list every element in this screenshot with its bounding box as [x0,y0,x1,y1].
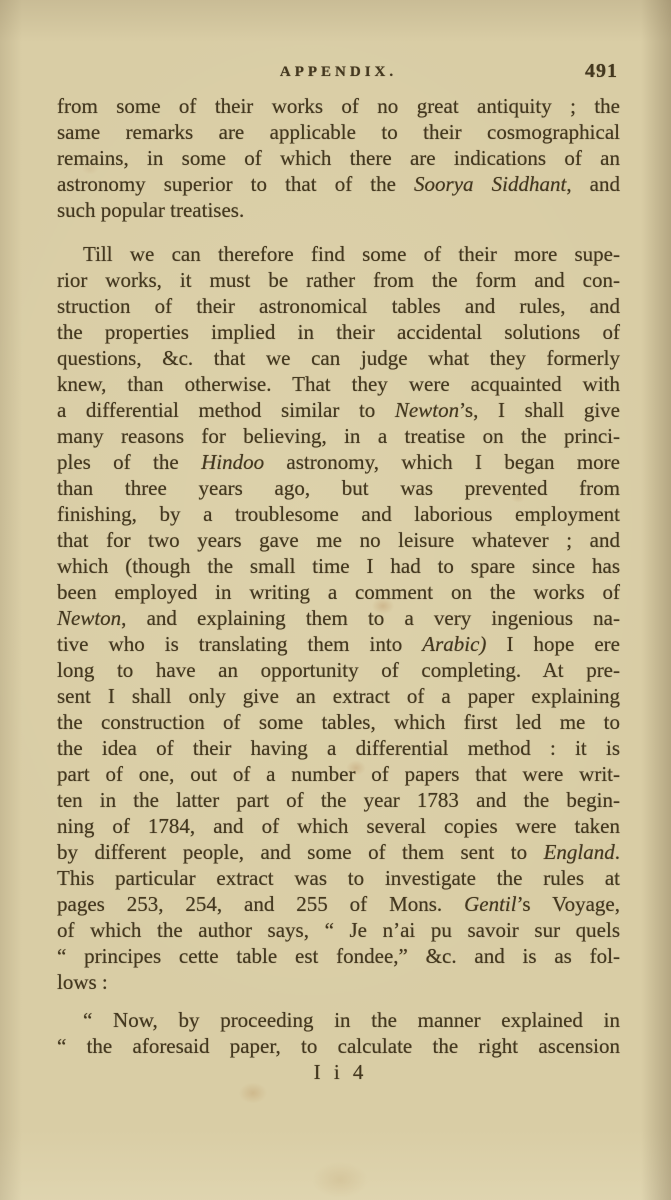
page-header: 491 APPENDIX. [57,60,620,86]
text-line: rior works, it must be rather from the f… [57,267,620,293]
text-line: which (though the small time I had to sp… [57,553,620,579]
text-segment: part of one, out of a number of papers t… [57,762,620,786]
italic-text-segment: Gentil [464,892,517,916]
text-line: same remarks are applicable to their cos… [57,119,620,145]
text-line: finishing, by a troublesome and laboriou… [57,501,620,527]
text-line: questions, &c. that we can judge what th… [57,345,620,371]
text-segment: Till we can therefore find some of their… [83,242,620,266]
text-segment: ’s Voyage, [517,892,620,916]
text-line: by different people, and some of them se… [57,839,620,865]
text-segment: that for two years gave me no leisure wh… [57,528,620,552]
text-line: remains, in some of which there are indi… [57,145,620,171]
text-line: the properties implied in their accident… [57,319,620,345]
text-segment: questions, &c. that we can judge what th… [57,346,620,370]
italic-text-segment: Arabic) [422,632,486,656]
text-segment: lows : [57,970,108,994]
text-segment: I hope ere [486,632,620,656]
text-segment: long to have an opportunity of completin… [57,658,620,682]
text-segment: a differential method similar to [57,398,395,422]
text-segment: same remarks are applicable to their cos… [57,120,620,144]
text-line: ten in the latter part of the year 1783 … [57,787,620,813]
text-segment: of which the author says, “ Je n’ai pu s… [57,918,620,942]
text-segment: . [615,840,620,864]
text-segment: astronomy superior to that of the [57,172,414,196]
text-line: the construction of some tables, which f… [57,709,620,735]
text-segment: than three years ago, but was prevented … [57,476,620,500]
text-line: Newton, and explaining them to a very in… [57,605,620,631]
text-line: many reasons for believing, in a treatis… [57,423,620,449]
text-line: “ principes cette table est fondee,” &c.… [57,943,620,969]
text-segment: This particular extract was to investiga… [57,866,620,890]
text-segment: ples of the [57,450,201,474]
italic-text-segment: England [544,840,615,864]
signature-mark: I i 4 [57,1060,620,1085]
text-segment: the properties implied in their accident… [57,320,620,344]
text-segment: , and explaining them to a very ingeniou… [121,606,620,630]
text-line: from some of their works of no great ant… [57,93,620,119]
paragraph: “ Now, by proceeding in the manner expla… [57,1007,620,1059]
text-segment: ’s, I shall give [459,398,620,422]
italic-text-segment: Hindoo [201,450,264,474]
page-number: 491 [585,60,618,83]
text-segment: “ principes cette table est fondee,” &c.… [57,944,620,968]
text-segment: tive who is translating them into [57,632,422,656]
text-segment: ning of 1784, and of which several copie… [57,814,620,838]
text-line: astronomy superior to that of the Soorya… [57,171,620,197]
italic-text-segment: Newton [395,398,459,422]
text-line: struction of their astronomical tables a… [57,293,620,319]
text-segment: many reasons for believing, in a treatis… [57,424,620,448]
text-segment: ten in the latter part of the year 1783 … [57,788,620,812]
text-line: ples of the Hindoo astronomy, which I be… [57,449,620,475]
text-line: pages 253, 254, and 255 of Mons. Gentil’… [57,891,620,917]
text-segment: sent I shall only give an extract of a p… [57,684,620,708]
paragraph: Till we can therefore find some of their… [57,241,620,995]
text-segment: rior works, it must be rather from the f… [57,268,620,292]
italic-text-segment: Newton [57,606,121,630]
text-segment: been employed in writing a comment on th… [57,580,620,604]
text-segment: which (though the small time I had to sp… [57,554,620,578]
text-segment: struction of their astronomical tables a… [57,294,620,318]
text-line: the idea of their having a differential … [57,735,620,761]
text-segment: remains, in some of which there are indi… [57,146,620,170]
text-segment: from some of their works of no great ant… [57,94,620,118]
text-line: “ the aforesaid paper, to calculate the … [57,1033,620,1059]
text-line: ning of 1784, and of which several copie… [57,813,620,839]
paragraph: from some of their works of no great ant… [57,93,620,223]
text-segment: “ the aforesaid paper, to calculate the … [57,1034,620,1058]
text-line: such popular treatises. [57,197,620,223]
page-body: from some of their works of no great ant… [57,93,620,1059]
text-line: Till we can therefore find some of their… [57,241,620,267]
text-segment: the idea of their having a differential … [57,736,620,760]
text-line: “ Now, by proceeding in the manner expla… [57,1007,620,1033]
book-page-scan: 491 APPENDIX. from some of their works o… [0,0,671,1200]
italic-text-segment: Soorya Siddhant [414,172,566,196]
text-segment: the construction of some tables, which f… [57,710,620,734]
text-line: that for two years gave me no leisure wh… [57,527,620,553]
text-segment: finishing, by a troublesome and laboriou… [57,502,620,526]
text-segment: “ Now, by proceeding in the manner expla… [83,1008,620,1032]
text-line: lows : [57,969,620,995]
text-line: sent I shall only give an extract of a p… [57,683,620,709]
text-segment: astronomy, which I began more [264,450,620,474]
running-head: APPENDIX. [57,60,620,81]
text-segment: knew, than otherwise. That they were acq… [57,372,620,396]
text-line: been employed in writing a comment on th… [57,579,620,605]
text-line: a differential method similar to Newton’… [57,397,620,423]
text-line: of which the author says, “ Je n’ai pu s… [57,917,620,943]
text-line: knew, than otherwise. That they were acq… [57,371,620,397]
text-segment: such popular treatises. [57,198,244,222]
text-segment: , and [566,172,620,196]
text-line: long to have an opportunity of completin… [57,657,620,683]
text-line: tive who is translating them into Arabic… [57,631,620,657]
text-line: than three years ago, but was prevented … [57,475,620,501]
text-line: This particular extract was to investiga… [57,865,620,891]
text-segment: pages 253, 254, and 255 of Mons. [57,892,464,916]
text-line: part of one, out of a number of papers t… [57,761,620,787]
text-segment: by different people, and some of them se… [57,840,544,864]
